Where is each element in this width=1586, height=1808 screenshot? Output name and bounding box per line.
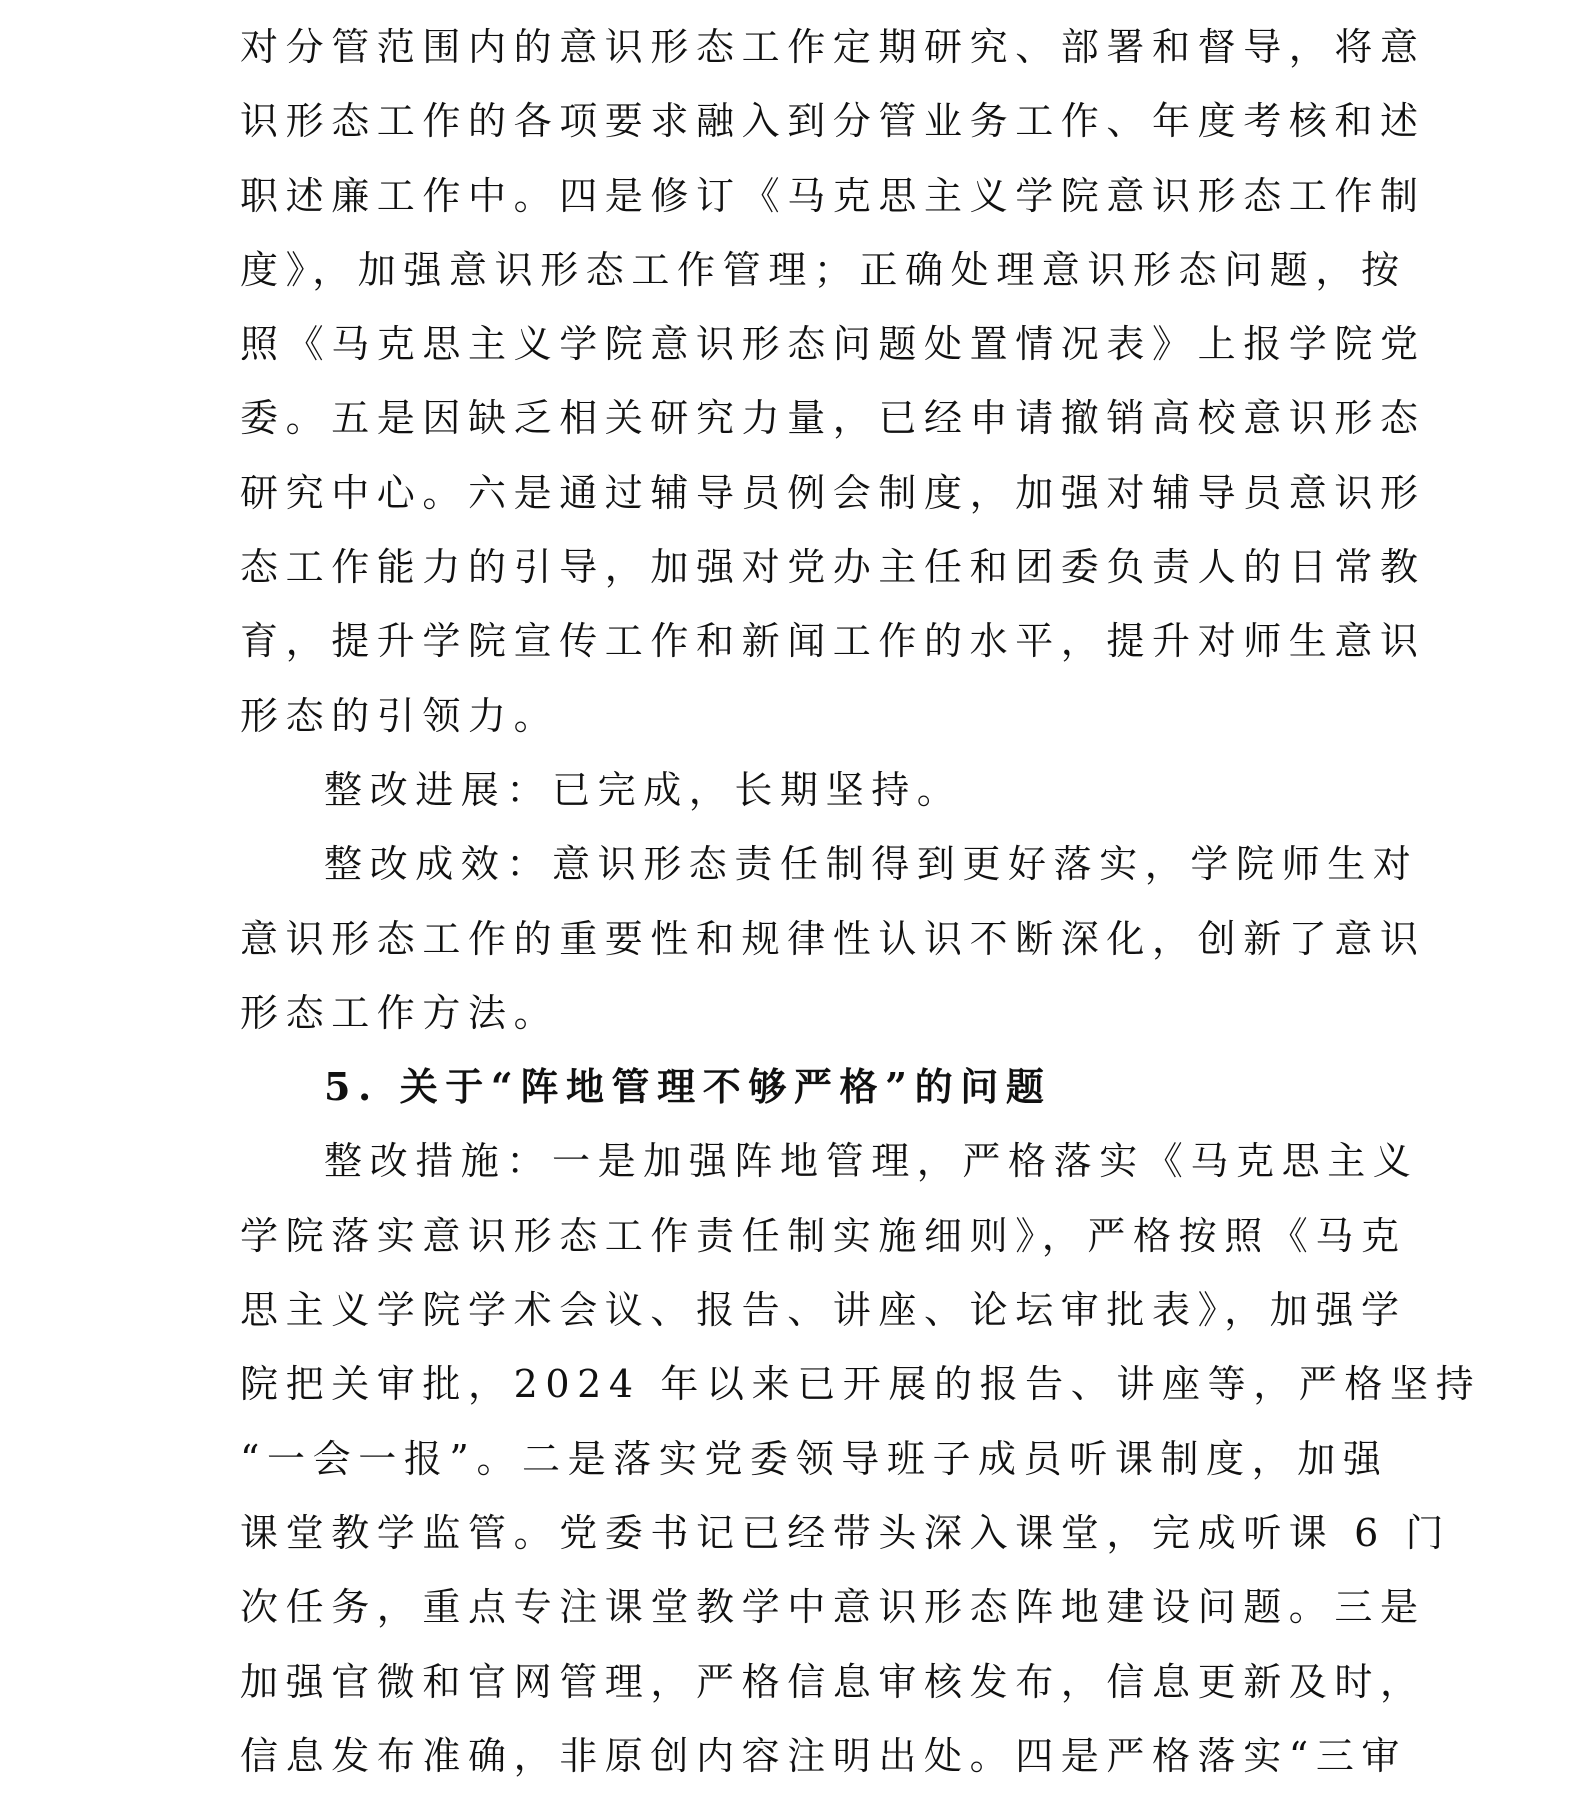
measures-line: 加强官微和官网管理，严格信息审核发布，信息更新及时，	[240, 1645, 1340, 1719]
paragraph-line: 度》，加强意识形态工作管理；正确处理意识形态问题，按	[240, 233, 1340, 307]
measures-line: 整改措施：一是加强阵地管理，严格落实《马克思主义	[240, 1124, 1340, 1198]
paragraph-line: 照《马克思主义学院意识形态问题处置情况表》上报学院党	[240, 307, 1340, 381]
paragraph-line: 态工作能力的引导，加强对党办主任和团委负责人的日常教	[240, 530, 1340, 604]
effect-line: 形态工作方法。	[240, 976, 1340, 1050]
effect-line: 整改成效：意识形态责任制得到更好落实，学院师生对	[240, 827, 1340, 901]
document-body: 对分管范围内的意识形态工作定期研究、部署和督导，将意 识形态工作的各项要求融入到…	[240, 10, 1340, 1793]
measures-line: 次任务，重点专注课堂教学中意识形态阵地建设问题。三是	[240, 1570, 1340, 1644]
paragraph-line: 对分管范围内的意识形态工作定期研究、部署和督导，将意	[240, 10, 1340, 84]
paragraph-line: 职述廉工作中。四是修订《马克思主义学院意识形态工作制	[240, 159, 1340, 233]
measures-line: “一会一报”。二是落实党委领导班子成员听课制度，加强	[240, 1422, 1340, 1496]
paragraph-line: 委。五是因缺乏相关研究力量，已经申请撤销高校意识形态	[240, 381, 1340, 455]
paragraph-line: 识形态工作的各项要求融入到分管业务工作、年度考核和述	[240, 84, 1340, 158]
paragraph-line: 研究中心。六是通过辅导员例会制度，加强对辅导员意识形	[240, 456, 1340, 530]
paragraph-line: 形态的引领力。	[240, 679, 1340, 753]
paragraph-line: 育，提升学院宣传工作和新闻工作的水平，提升对师生意识	[240, 604, 1340, 678]
section-heading: 5. 关于“阵地管理不够严格”的问题	[240, 1050, 1340, 1124]
progress-status-line: 整改进展：已完成，长期坚持。	[240, 753, 1340, 827]
document-page: 对分管范围内的意识形态工作定期研究、部署和督导，将意 识形态工作的各项要求融入到…	[0, 0, 1586, 1808]
measures-line: 院把关审批，2024 年以来已开展的报告、讲座等，严格坚持	[240, 1347, 1340, 1421]
measures-line: 信息发布准确，非原创内容注明出处。四是严格落实“三审	[240, 1719, 1340, 1793]
measures-line: 学院落实意识形态工作责任制实施细则》，严格按照《马克	[240, 1199, 1340, 1273]
effect-line: 意识形态工作的重要性和规律性认识不断深化，创新了意识	[240, 902, 1340, 976]
measures-line: 思主义学院学术会议、报告、讲座、论坛审批表》，加强学	[240, 1273, 1340, 1347]
measures-line: 课堂教学监管。党委书记已经带头深入课堂，完成听课 6 门	[240, 1496, 1340, 1570]
